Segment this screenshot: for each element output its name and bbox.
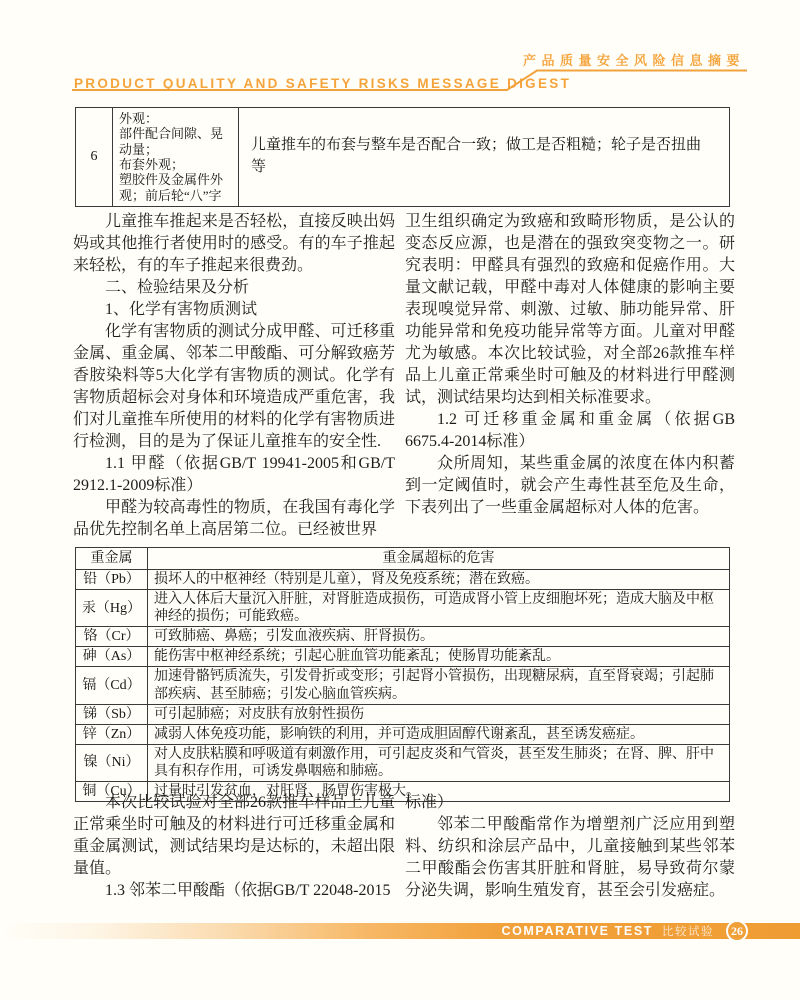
footer-brand-english: COMPARATIVE TEST	[501, 924, 653, 938]
footer-brand-chinese: 比较试验	[662, 923, 714, 939]
heavy-metals-table: 重金属 重金属超标的危害 铅（Pb） 损坏人的中枢神经（特别是儿童），肾及免疫系…	[75, 547, 730, 802]
table-row: 铬（Cr） 可致肺癌、鼻癌；引发血液疾病、肝肾损伤。	[76, 627, 730, 647]
body-section-2: 本次比较试验对全部26款推车样品上儿童正常乘坐时可触及的材料进行可迁移重金属和重…	[73, 792, 735, 902]
column-header-hazard: 重金属超标的危害	[148, 548, 730, 570]
magazine-page: 产品质量安全风险信息摘要 PRODUCT QUALITY AND SAFETY …	[0, 0, 800, 1000]
description-cell: 儿童推车的布套与整车是否配合一致；做工是否粗糙；轮子是否扭曲等	[239, 108, 730, 207]
column-header-metal: 重金属	[76, 548, 148, 570]
metal-name-cell: 锌（Zn）	[76, 724, 148, 744]
paragraph: 标准）	[405, 792, 735, 814]
table-row: 镉（Cd） 加速骨骼钙质流失，引发骨折或变形；引起肾小管损伤，出现糖尿病，直至肾…	[76, 667, 730, 704]
paragraph: 卫生组织确定为致癌和致畸形物质，是公认的变态反应源，也是潜在的强致突变物之一。研…	[405, 211, 735, 409]
paragraph: 甲醛为较高毒性的物质，在我国有毒化学品优先控制名单上高居第二位。已经被世界	[73, 497, 395, 541]
criteria-cell: 外观： 部件配合间隙、晃动量； 布套外观； 塑胶件及金属件外观；前后轮“八”字	[113, 108, 239, 207]
hazard-cell: 对人皮肤粘膜和呼吸道有刺激作用，可引起皮炎和气管炎，甚至发生肺炎；在肾、脾、肝中…	[148, 744, 730, 781]
subsection-heading: 1.1 甲醛（依据GB/T 19941-2005和GB/T 2912.1-200…	[73, 453, 395, 497]
subsection-heading: 1.3 邻苯二甲酸酯（依据GB/T 22048-2015	[73, 880, 395, 902]
body-section-1: 儿童推车推起来是否轻松，直接反映出妈妈或其他推行者使用时的感受。有的车子推起来轻…	[73, 211, 735, 541]
table-row: 砷（As） 能伤害中枢神经系统；引起心脏血管功能紊乱；使肠胃功能紊乱。	[76, 647, 730, 667]
table-row: 锑（Sb） 可引起肺癌；对皮肤有放射性损伤	[76, 704, 730, 724]
page-number-badge: 26	[726, 920, 748, 942]
hazard-cell: 减弱人体免疫功能，影响铁的利用，并可造成胆固醇代谢紊乱，甚至诱发癌症。	[148, 724, 730, 744]
paragraph: 本次比较试验对全部26款推车样品上儿童正常乘坐时可触及的材料进行可迁移重金属和重…	[73, 792, 395, 880]
hazard-cell: 可致肺癌、鼻癌；引发血液疾病、肝肾损伤。	[148, 627, 730, 647]
hazard-cell: 损坏人的中枢神经（特别是儿童），肾及免疫系统；潜在致癌。	[148, 570, 730, 590]
hazard-cell: 加速骨骼钙质流失，引发骨折或变形；引起肾小管损伤，出现糖尿病，直至肾衰竭；引起肺…	[148, 667, 730, 704]
metal-name-cell: 铬（Cr）	[76, 627, 148, 647]
metal-name-cell: 汞（Hg）	[76, 590, 148, 627]
header-divider-line	[0, 0, 800, 100]
hazard-cell: 能伤害中枢神经系统；引起心脏血管功能紊乱；使肠胃功能紊乱。	[148, 647, 730, 667]
table-row: 锌（Zn） 减弱人体免疫功能，影响铁的利用，并可造成胆固醇代谢紊乱，甚至诱发癌症…	[76, 724, 730, 744]
right-column: 卫生组织确定为致癌和致畸形物质，是公认的变态反应源，也是潜在的强致突变物之一。研…	[405, 211, 735, 541]
paragraph: 化学有害物质的测试分成甲醛、可迁移重金属、重金属、邻苯二甲酸酯、可分解致癌芳香胺…	[73, 321, 395, 453]
paragraph: 邻苯二甲酸酯常作为增塑剂广泛应用到塑料、纺织和涂层产品中，儿童接触到某些邻苯二甲…	[405, 814, 735, 902]
metal-name-cell: 镍（Ni）	[76, 744, 148, 781]
hazard-cell: 可引起肺癌；对皮肤有放射性损伤	[148, 704, 730, 724]
left-column: 本次比较试验对全部26款推车样品上儿童正常乘坐时可触及的材料进行可迁移重金属和重…	[73, 792, 395, 902]
paragraph: 儿童推车推起来是否轻松，直接反映出妈妈或其他推行者使用时的感受。有的车子推起来轻…	[73, 211, 395, 277]
metal-name-cell: 铅（Pb）	[76, 570, 148, 590]
subsection-heading: 1、化学有害物质测试	[73, 299, 395, 321]
table-row: 镍（Ni） 对人皮肤粘膜和呼吸道有刺激作用，可引起皮炎和气管炎，甚至发生肺炎；在…	[76, 744, 730, 781]
table-header-row: 重金属 重金属超标的危害	[76, 548, 730, 570]
left-column: 儿童推车推起来是否轻松，直接反映出妈妈或其他推行者使用时的感受。有的车子推起来轻…	[73, 211, 395, 541]
table-row: 汞（Hg） 进入人体后大量沉入肝脏，对肾脏造成损伤，可造成肾小管上皮细胞坏死；造…	[76, 590, 730, 627]
hazard-cell: 进入人体后大量沉入肝脏，对肾脏造成损伤，可造成肾小管上皮细胞坏死；造成大脑及中枢…	[148, 590, 730, 627]
table-row: 6 外观： 部件配合间隙、晃动量； 布套外观； 塑胶件及金属件外观；前后轮“八”…	[76, 108, 730, 207]
metal-name-cell: 砷（As）	[76, 647, 148, 667]
table-row: 铅（Pb） 损坏人的中枢神经（特别是儿童），肾及免疫系统；潜在致癌。	[76, 570, 730, 590]
metal-name-cell: 镉（Cd）	[76, 667, 148, 704]
paragraph: 众所周知，某些重金属的浓度在体内积蓄到一定阈值时，就会产生毒性甚至危及生命，下表…	[405, 453, 735, 519]
section-heading: 二、检验结果及分析	[73, 277, 395, 299]
right-column: 标准） 邻苯二甲酸酯常作为增塑剂广泛应用到塑料、纺织和涂层产品中，儿童接触到某些…	[405, 792, 735, 902]
metal-name-cell: 锑（Sb）	[76, 704, 148, 724]
footer-bar: COMPARATIVE TEST 比较试验 26	[0, 923, 800, 939]
inspection-items-table: 6 外观： 部件配合间隙、晃动量； 布套外观； 塑胶件及金属件外观；前后轮“八”…	[75, 107, 730, 207]
row-number-cell: 6	[76, 108, 113, 207]
subsection-heading: 1.2 可迁移重金属和重金属（依据GB 6675.4-2014标准）	[405, 409, 735, 453]
